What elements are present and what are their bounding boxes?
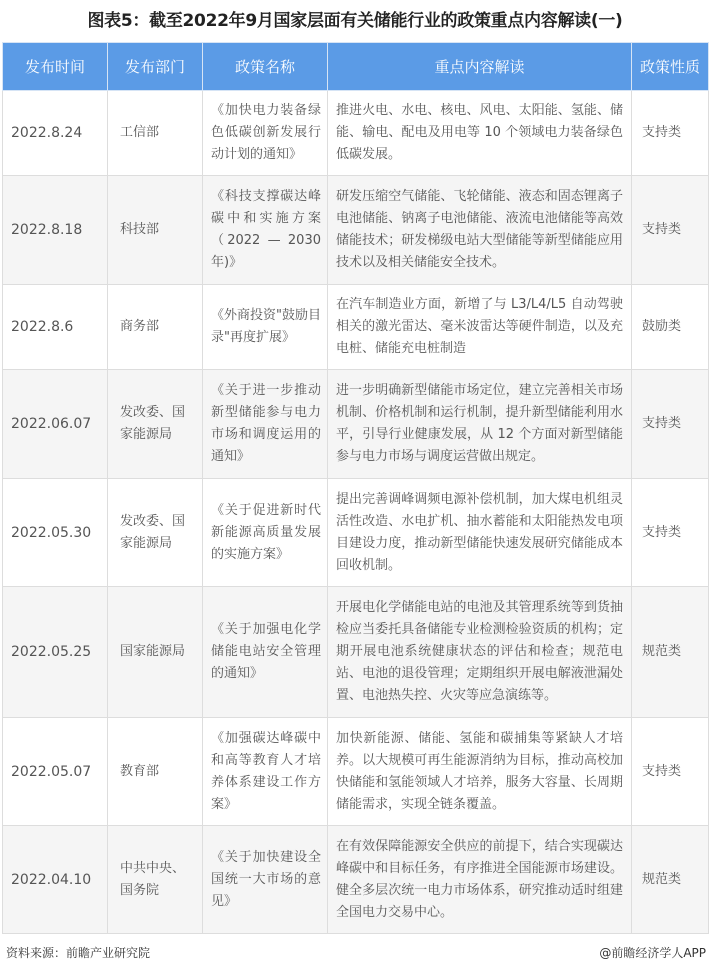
cell-policy-name: 《关于加快建设全国统一大市场的意见》 xyxy=(203,826,328,934)
cell-date: 2022.05.07 xyxy=(3,718,108,826)
table-row: 2022.8.6 商务部 《外商投资"鼓励目录"再度扩展》 在汽车制造业方面，新… xyxy=(3,285,709,370)
cell-policy-name: 《科技支撑碳达峰碳中和实施方案（2022 — 2030年)》 xyxy=(203,176,328,285)
policy-table: 发布时间 发布部门 政策名称 重点内容解读 政策性质 2022.8.24 工信部… xyxy=(2,42,709,934)
cell-policy-name: 《关于促进新时代新能源高质量发展的实施方案》 xyxy=(203,479,328,587)
cell-policy-name: 《外商投资"鼓励目录"再度扩展》 xyxy=(203,285,328,370)
table-header-row: 发布时间 发布部门 政策名称 重点内容解读 政策性质 xyxy=(3,43,709,91)
cell-department: 中共中央、国务院 xyxy=(108,826,203,934)
cell-policy-type: 规范类 xyxy=(632,826,709,934)
table-row: 2022.05.25 国家能源局 《关于加强电化学储能电站安全管理的通知》 开展… xyxy=(3,587,709,718)
cell-department: 商务部 xyxy=(108,285,203,370)
cell-policy-name: 《关于加强电化学储能电站安全管理的通知》 xyxy=(203,587,328,718)
cell-key-content: 在有效保障能源安全供应的前提下，结合实现碳达峰碳中和目标任务，有序推进全国能源市… xyxy=(328,826,632,934)
header-release-date: 发布时间 xyxy=(3,43,108,91)
header-key-content: 重点内容解读 xyxy=(328,43,632,91)
cell-date: 2022.05.30 xyxy=(3,479,108,587)
cell-policy-type: 规范类 xyxy=(632,587,709,718)
cell-key-content: 开展电化学储能电站的电池及其管理系统等到货抽检应当委托具备储能专业检测检验资质的… xyxy=(328,587,632,718)
cell-key-content: 在汽车制造业方面，新增了与 L3/L4/L5 自动驾驶相关的激光雷达、毫米波雷达… xyxy=(328,285,632,370)
cell-department: 发改委、国家能源局 xyxy=(108,370,203,479)
cell-department: 教育部 xyxy=(108,718,203,826)
header-policy-name: 政策名称 xyxy=(203,43,328,91)
cell-policy-name: 《关于进一步推动新型储能参与电力市场和调度运用的通知》 xyxy=(203,370,328,479)
figure-title: 图表5：截至2022年9月国家层面有关储能行业的政策重点内容解读(一) xyxy=(0,6,710,36)
cell-department: 发改委、国家能源局 xyxy=(108,479,203,587)
cell-policy-type: 支持类 xyxy=(632,718,709,826)
header-policy-type: 政策性质 xyxy=(632,43,709,91)
cell-department: 科技部 xyxy=(108,176,203,285)
cell-key-content: 研发压缩空气储能、飞轮储能、液态和固态锂离子电池储能、钠离子电池储能、液流电池储… xyxy=(328,176,632,285)
cell-department: 工信部 xyxy=(108,91,203,176)
cell-policy-name: 《加快电力装备绿色低碳创新发展行动计划的通知》 xyxy=(203,91,328,176)
table-row: 2022.05.07 教育部 《加强碳达峰碳中和高等教育人才培养体系建设工作方案… xyxy=(3,718,709,826)
cell-policy-type: 鼓励类 xyxy=(632,285,709,370)
cell-date: 2022.05.25 xyxy=(3,587,108,718)
table-row: 2022.04.10 中共中央、国务院 《关于加快建设全国统一大市场的意见》 在… xyxy=(3,826,709,934)
cell-department: 国家能源局 xyxy=(108,587,203,718)
cell-date: 2022.8.18 xyxy=(3,176,108,285)
header-department: 发布部门 xyxy=(108,43,203,91)
policy-table-container: 发布时间 发布部门 政策名称 重点内容解读 政策性质 2022.8.24 工信部… xyxy=(2,42,708,934)
cell-date: 2022.8.24 xyxy=(3,91,108,176)
cell-policy-type: 支持类 xyxy=(632,479,709,587)
cell-policy-type: 支持类 xyxy=(632,91,709,176)
cell-date: 2022.04.10 xyxy=(3,826,108,934)
cell-key-content: 加快新能源、储能、氢能和碳捕集等紧缺人才培养。以大规模可再生能源消纳为目标，推动… xyxy=(328,718,632,826)
cell-policy-type: 支持类 xyxy=(632,176,709,285)
credit-note: @前瞻经济学人APP xyxy=(599,942,706,964)
cell-date: 2022.8.6 xyxy=(3,285,108,370)
cell-key-content: 推进火电、水电、核电、风电、太阳能、氢能、储能、输电、配电及用电等 10 个领域… xyxy=(328,91,632,176)
cell-key-content: 提出完善调峰调频电源补偿机制，加大煤电机组灵活性改造、水电扩机、抽水蓄能和太阳能… xyxy=(328,479,632,587)
cell-policy-name: 《加强碳达峰碳中和高等教育人才培养体系建设工作方案》 xyxy=(203,718,328,826)
table-row: 2022.06.07 发改委、国家能源局 《关于进一步推动新型储能参与电力市场和… xyxy=(3,370,709,479)
table-row: 2022.05.30 发改委、国家能源局 《关于促进新时代新能源高质量发展的实施… xyxy=(3,479,709,587)
source-note: 资料来源：前瞻产业研究院 xyxy=(6,942,150,964)
cell-date: 2022.06.07 xyxy=(3,370,108,479)
cell-policy-type: 支持类 xyxy=(632,370,709,479)
table-row: 2022.8.18 科技部 《科技支撑碳达峰碳中和实施方案（2022 — 203… xyxy=(3,176,709,285)
table-row: 2022.8.24 工信部 《加快电力装备绿色低碳创新发展行动计划的通知》 推进… xyxy=(3,91,709,176)
cell-key-content: 进一步明确新型储能市场定位，建立完善相关市场机制、价格机制和运行机制，提升新型储… xyxy=(328,370,632,479)
